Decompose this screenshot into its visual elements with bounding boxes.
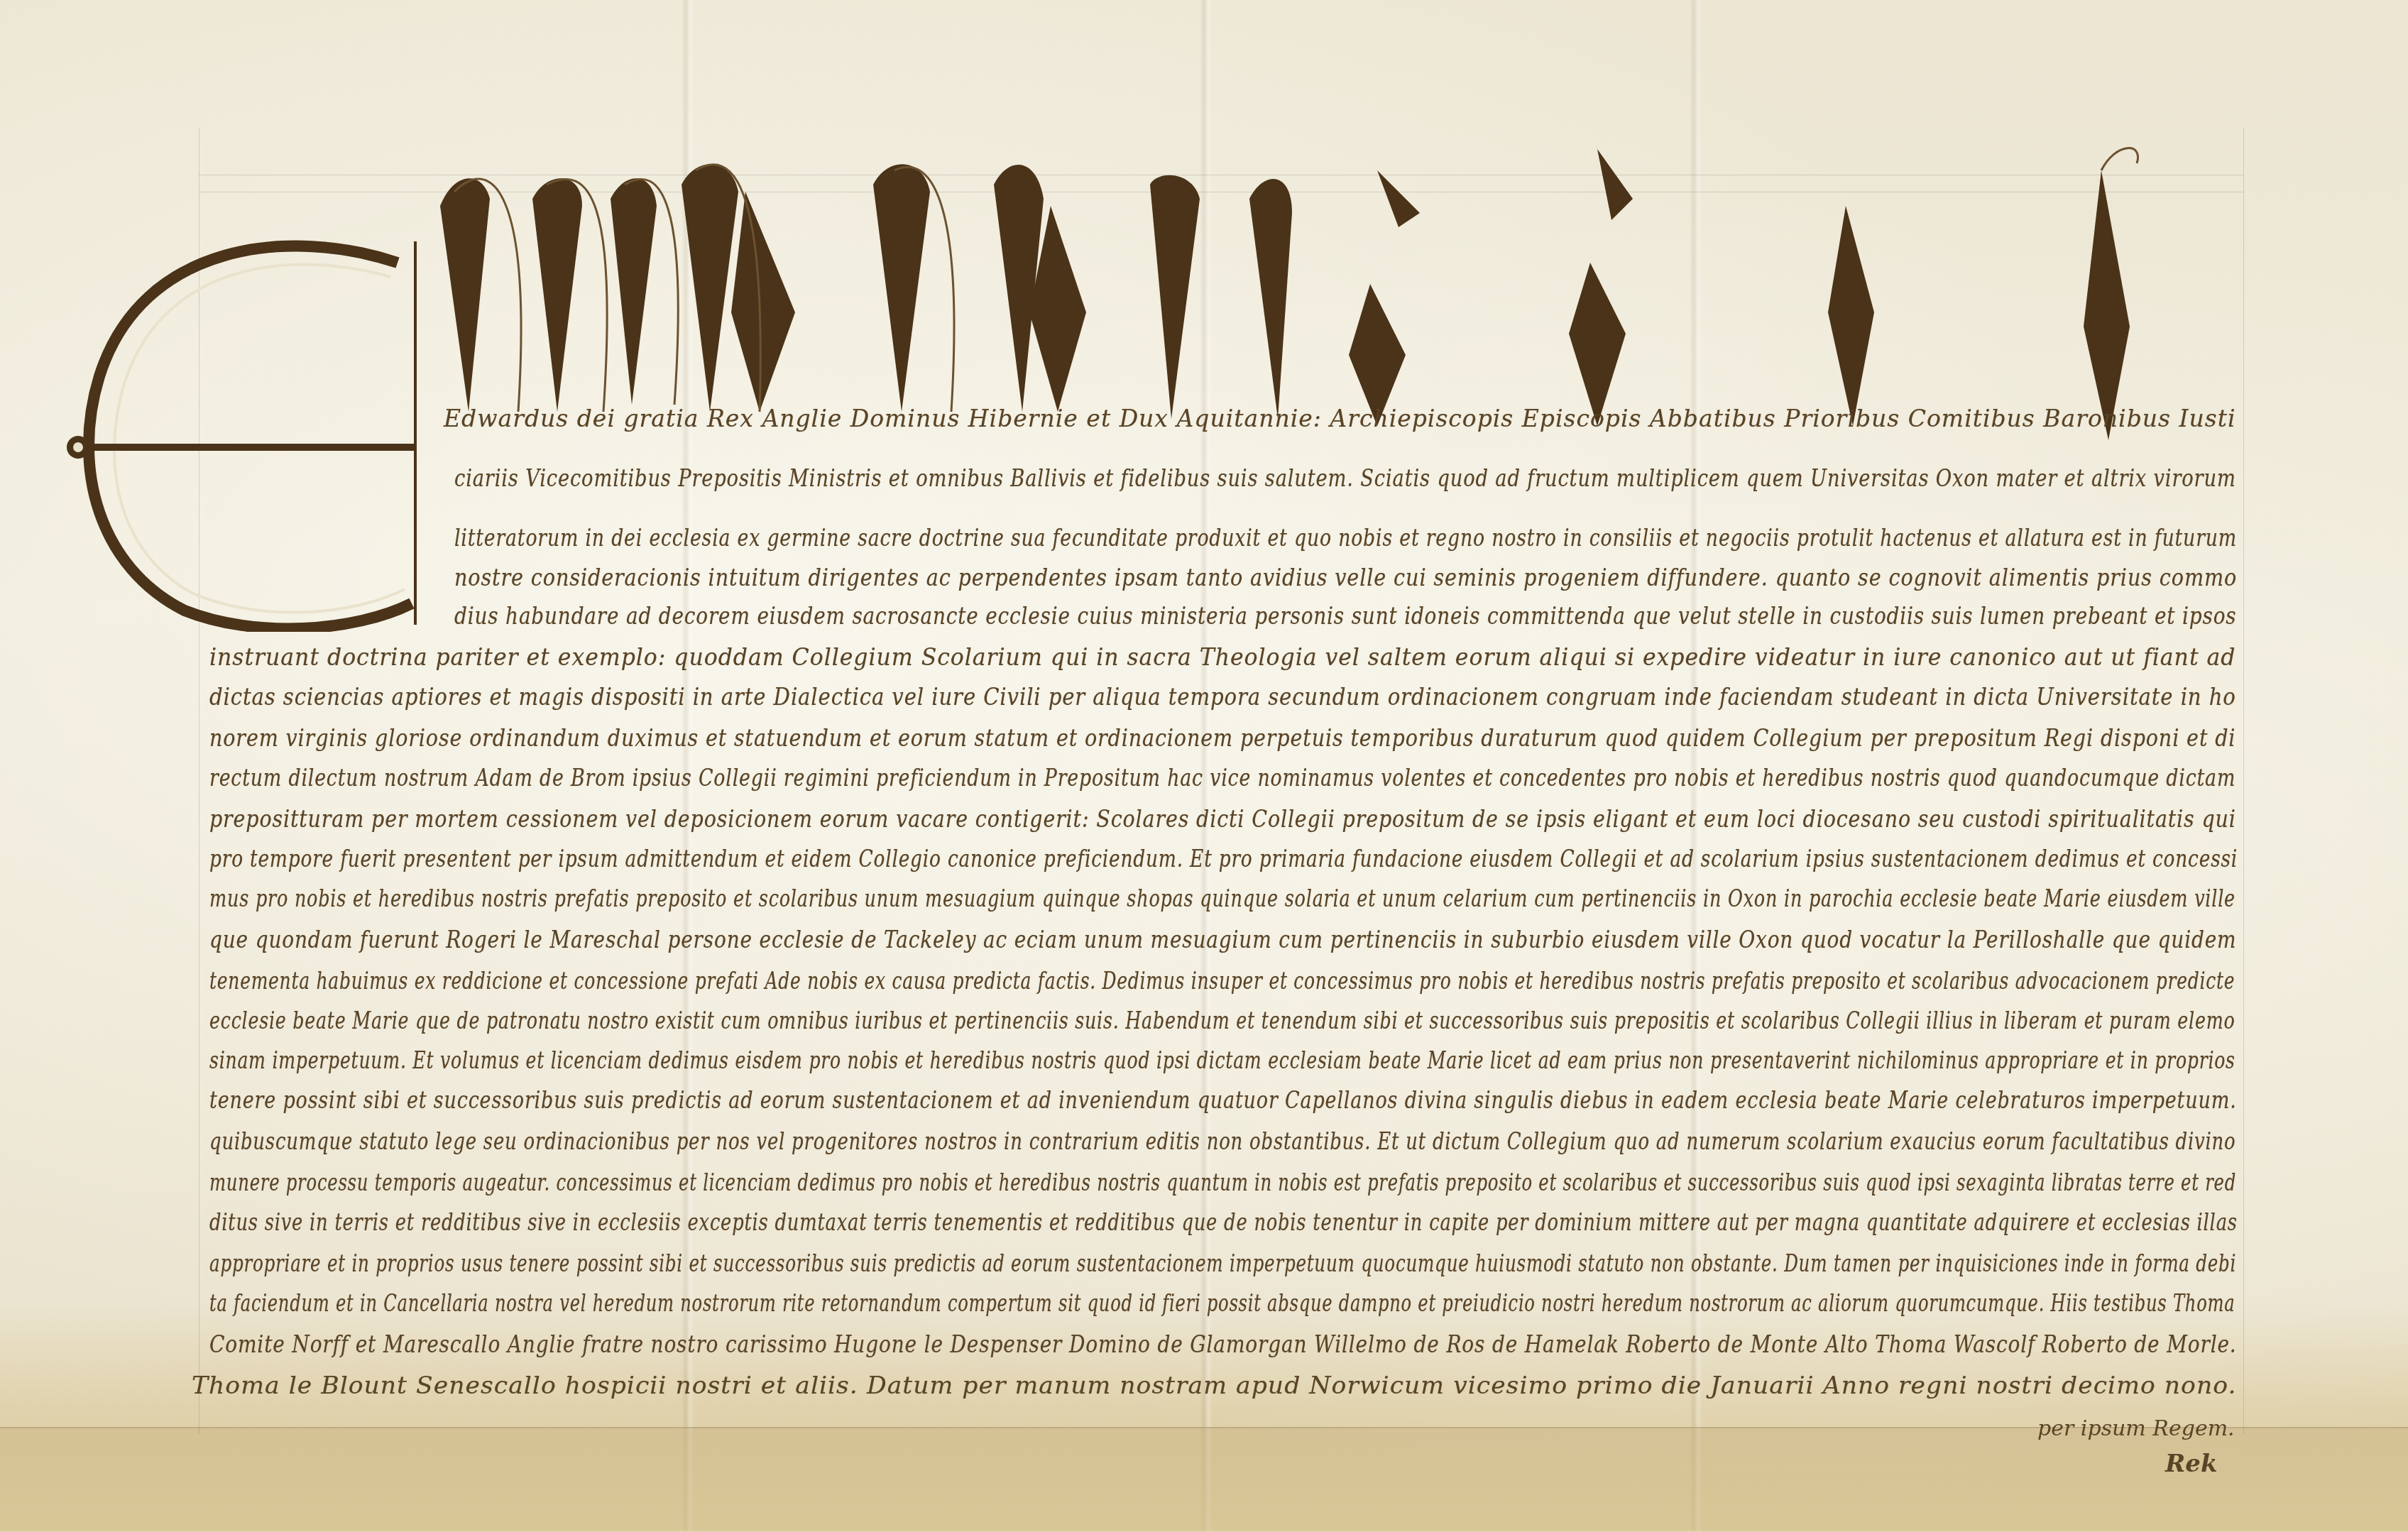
text-line-16: sinam imperpetuum. Et volumus et licenci…	[209, 1046, 2235, 1075]
text-line-24: Thoma le Blount Senescallo hospicii nost…	[192, 1372, 2236, 1400]
text-line-2: ciariis Vicecomitibus Prepositis Ministr…	[454, 464, 2236, 493]
text-line-21: appropriare et in proprios usus tenere p…	[209, 1249, 2236, 1278]
text-line-23: Comite Norff et Marescallo Anglie fratre…	[209, 1330, 2237, 1359]
text-line-10: prepositturam per mortem cessionem vel d…	[209, 805, 2236, 833]
elongated-capitals-heading	[426, 142, 2243, 440]
warrant-note: per ipsum Regem.	[2037, 1416, 2235, 1441]
text-line-1: Edwardus dei gratia Rex Anglie Dominus H…	[444, 405, 2235, 433]
clerk-signature: Rek	[2165, 1450, 2217, 1478]
text-line-4: nostre consideracionis intuitum dirigent…	[454, 564, 2237, 592]
text-line-5: dius habundare ad decorem eiusdem sacros…	[454, 602, 2236, 630]
text-line-11: pro tempore fuerit presentent per ipsum …	[209, 845, 2238, 873]
text-line-3: litteratorum in dei ecclesia ex germine …	[454, 524, 2237, 552]
text-line-12: mus pro nobis et heredibus nostris prefa…	[209, 885, 2235, 913]
text-line-15: ecclesie beate Marie que de patronatu no…	[209, 1007, 2235, 1035]
text-line-13: que quondam fuerunt Rogeri le Mareschal …	[209, 926, 2236, 954]
text-line-18: quibuscumque statuto lege seu ordinacion…	[209, 1127, 2235, 1156]
decorated-initial-e-icon	[57, 234, 426, 632]
text-line-22: ta faciendum et in Cancellaria nostra ve…	[209, 1289, 2235, 1318]
text-line-8: norem virginis gloriose ordinandum duxim…	[209, 724, 2235, 753]
text-line-6: instruant doctrina pariter et exemplo: q…	[209, 643, 2235, 672]
text-line-20: ditus sive in terris et redditibus sive …	[209, 1208, 2238, 1237]
text-line-17: tenere possint sibi et successoribus sui…	[209, 1086, 2237, 1115]
text-line-14: tenementa habuimus ex reddicione et conc…	[209, 967, 2235, 995]
margin-ruling-right	[2243, 128, 2244, 1434]
text-line-7: dictas sciencias aptiores et magis dispo…	[209, 683, 2236, 711]
text-line-19: munere processu temporis augeatur. conce…	[209, 1169, 2236, 1197]
bottom-fold-flap	[0, 1427, 2408, 1531]
text-line-9: rectum dilectum nostrum Adam de Brom ips…	[209, 764, 2235, 792]
